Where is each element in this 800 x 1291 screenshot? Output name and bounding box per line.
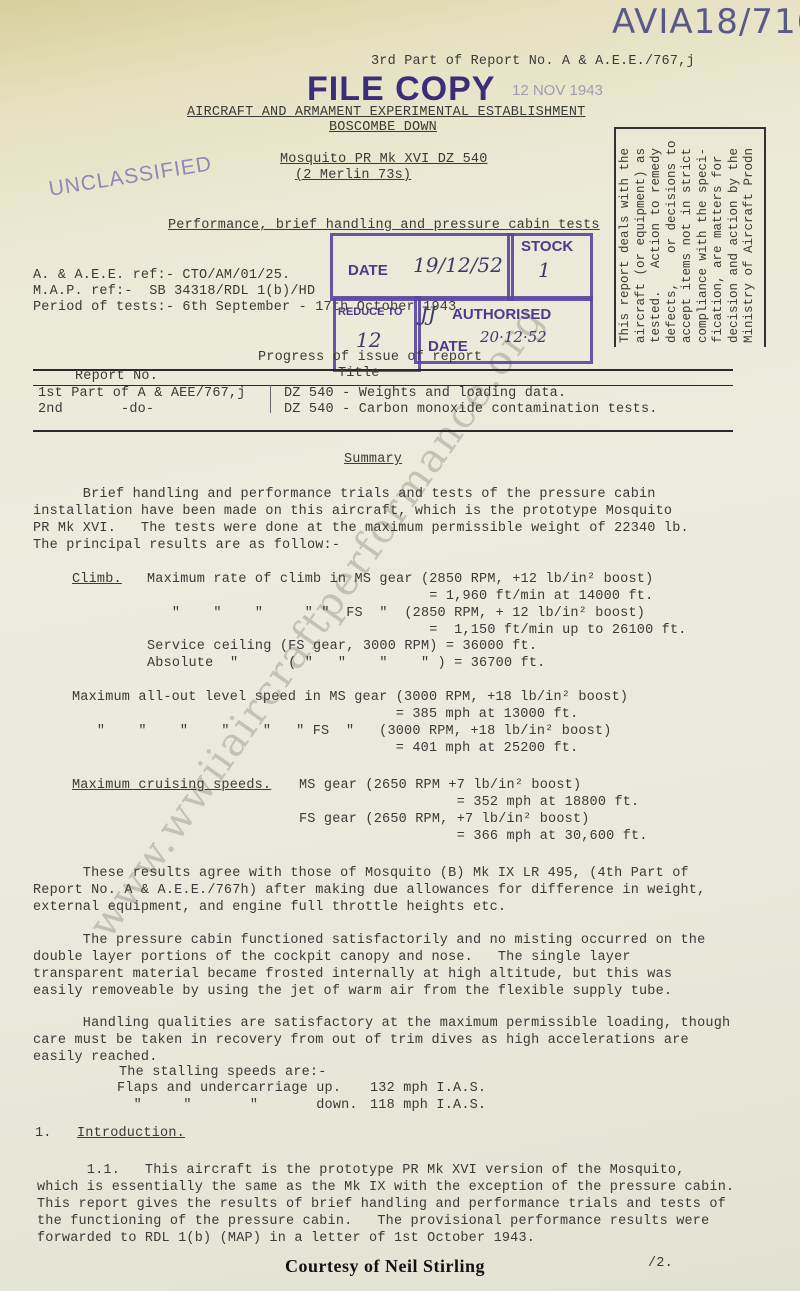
table-column-divider xyxy=(270,385,271,413)
stalling-heading: The stalling speeds are:- xyxy=(119,1065,327,1080)
text-line: The principal results are as follow:- xyxy=(33,538,340,553)
page-continuation: /2. xyxy=(648,1256,673,1271)
column-header-title: Title xyxy=(338,366,380,381)
aaee-reference: A. & A.E.E. ref:- CTO/AM/01/25. xyxy=(33,268,290,283)
received-date-stamp: 12 NOV 1943 xyxy=(512,82,603,99)
table-row-1-report: 1st Part of A & AEE/767,j xyxy=(38,386,246,401)
stamp-reduce-label: REDUCE TO xyxy=(338,306,403,318)
text-line: These results agree with those of Mosqui… xyxy=(33,866,689,881)
text-line: This report gives the results of brief h… xyxy=(37,1197,726,1212)
introduction-heading: Introduction. xyxy=(77,1126,185,1141)
establishment-location: BOSCOMBE DOWN xyxy=(329,120,437,135)
stamp-stock-label: STOCK xyxy=(521,238,573,255)
progress-heading: Progress of issue of report xyxy=(258,350,482,365)
text-line: easily reached. xyxy=(33,1050,158,1065)
text-line: = 352 mph at 18800 ft. xyxy=(299,795,639,810)
text-line: Maximum all-out level speed in MS gear (… xyxy=(72,690,628,705)
text-line: external equipment, and engine full thro… xyxy=(33,900,506,915)
unclassified-stamp: UNCLASSIFIED xyxy=(47,152,214,201)
climb-label: Climb. xyxy=(72,572,122,587)
stall-row-2-condition: " " " down. xyxy=(117,1098,358,1113)
stamp-stock-value: 1 xyxy=(538,258,551,282)
table-row-2-report: 2nd -do- xyxy=(38,402,154,417)
text-line: FS gear (2650 RPM, +7 lb/in² boost) xyxy=(299,812,590,827)
text-line: = 1,960 ft/min at 14000 ft. xyxy=(147,589,653,604)
report-subject: Performance, brief handling and pressure… xyxy=(168,218,600,233)
summary-heading: Summary xyxy=(344,452,402,467)
report-part: 3rd Part of Report No. A & A.E.E./767,j xyxy=(371,54,695,69)
stamp-date-value: 19/12/52 xyxy=(413,253,503,277)
text-line: PR Mk XVI. The tests were done at the ma… xyxy=(33,521,689,536)
side-note-box: This report deals with the aircraft (or … xyxy=(614,127,766,347)
service-ceiling: Service ceiling (FS gear, 3000 RPM) = 36… xyxy=(147,639,537,654)
text-line: Report No. A & A.E.E./767h) after making… xyxy=(33,883,705,898)
file-copy-stamp: FILE COPY xyxy=(307,70,495,109)
text-line: installation have been made on this airc… xyxy=(33,504,672,519)
text-line: Handling qualities are satisfactory at t… xyxy=(33,1016,730,1031)
text-line: Brief handling and performance trials an… xyxy=(33,487,656,502)
table-bottom-rule xyxy=(33,430,733,432)
text-line: = 366 mph at 30,600 ft. xyxy=(299,829,648,844)
text-line: = 401 mph at 25200 ft. xyxy=(72,741,578,756)
text-line: double layer portions of the cockpit can… xyxy=(33,950,631,965)
map-reference: M.A.P. ref:- SB 34318/RDL 1(b)/HD xyxy=(33,284,315,299)
establishment-name: AIRCRAFT AND ARMAMENT EXPERIMENTAL ESTAB… xyxy=(187,105,585,120)
text-line: transparent material became frosted inte… xyxy=(33,967,672,982)
stamp-date-label: DATE xyxy=(348,262,388,279)
archive-reference: AVIA18/716 xyxy=(612,2,800,42)
text-line: MS gear (2650 RPM +7 lb/in² boost) xyxy=(299,778,581,793)
stamp-reduce-value: 12 xyxy=(356,328,381,352)
text-line: 1.1. This aircraft is the prototype PR M… xyxy=(37,1163,685,1178)
stall-row-2-speed: 118 mph I.A.S. xyxy=(370,1098,486,1113)
text-line: Maximum rate of climb in MS gear (2850 R… xyxy=(147,572,653,587)
column-header-report-no: Report No. xyxy=(75,369,158,384)
stamp-authorised-label: AUTHORISED xyxy=(452,306,551,323)
text-line: forwarded to RDL 1(b) (MAP) in a letter … xyxy=(37,1231,535,1246)
side-note-text: This report deals with the aircraft (or … xyxy=(616,129,764,347)
table-row-1-title: DZ 540 - Weights and loading data. xyxy=(284,386,566,401)
text-line: " " " " " FS " (2850 RPM, + 12 lb/in² bo… xyxy=(147,606,645,621)
stall-row-1-condition: Flaps and undercarriage up. xyxy=(117,1081,341,1096)
text-line: The pressure cabin functioned satisfacto… xyxy=(33,933,705,948)
text-line: " " " " " " FS " (3000 RPM, +18 lb/in² b… xyxy=(72,724,612,739)
text-line: the functioning of the pressure cabin. T… xyxy=(37,1214,709,1229)
text-line: care must be taken in recovery from out … xyxy=(33,1033,689,1048)
courtesy-credit: Courtesy of Neil Stirling xyxy=(285,1256,485,1277)
cruising-label: Maximum cruising speeds. xyxy=(72,778,271,793)
stall-row-1-speed: 132 mph I.A.S. xyxy=(370,1081,486,1096)
text-line: = 385 mph at 13000 ft. xyxy=(72,707,578,722)
stamp-authorised-initials: JJ xyxy=(420,302,436,326)
aircraft-title: Mosquito PR Mk XVI DZ 540 xyxy=(280,152,488,167)
table-row-2-title: DZ 540 - Carbon monoxide contamination t… xyxy=(284,402,658,417)
text-line: easily removeable by using the jet of wa… xyxy=(33,984,672,999)
stamp-date2-value: 20·12·52 xyxy=(480,328,547,346)
text-line: = 1,150 ft/min up to 26100 ft. xyxy=(147,623,687,638)
engines-subtitle: (2 Merlin 73s) xyxy=(295,168,411,183)
text-line: which is essentially the same as the Mk … xyxy=(37,1180,734,1195)
section-number: 1. xyxy=(35,1126,52,1141)
absolute-ceiling: Absolute " ( " " " " ) = 36700 ft. xyxy=(147,656,545,671)
